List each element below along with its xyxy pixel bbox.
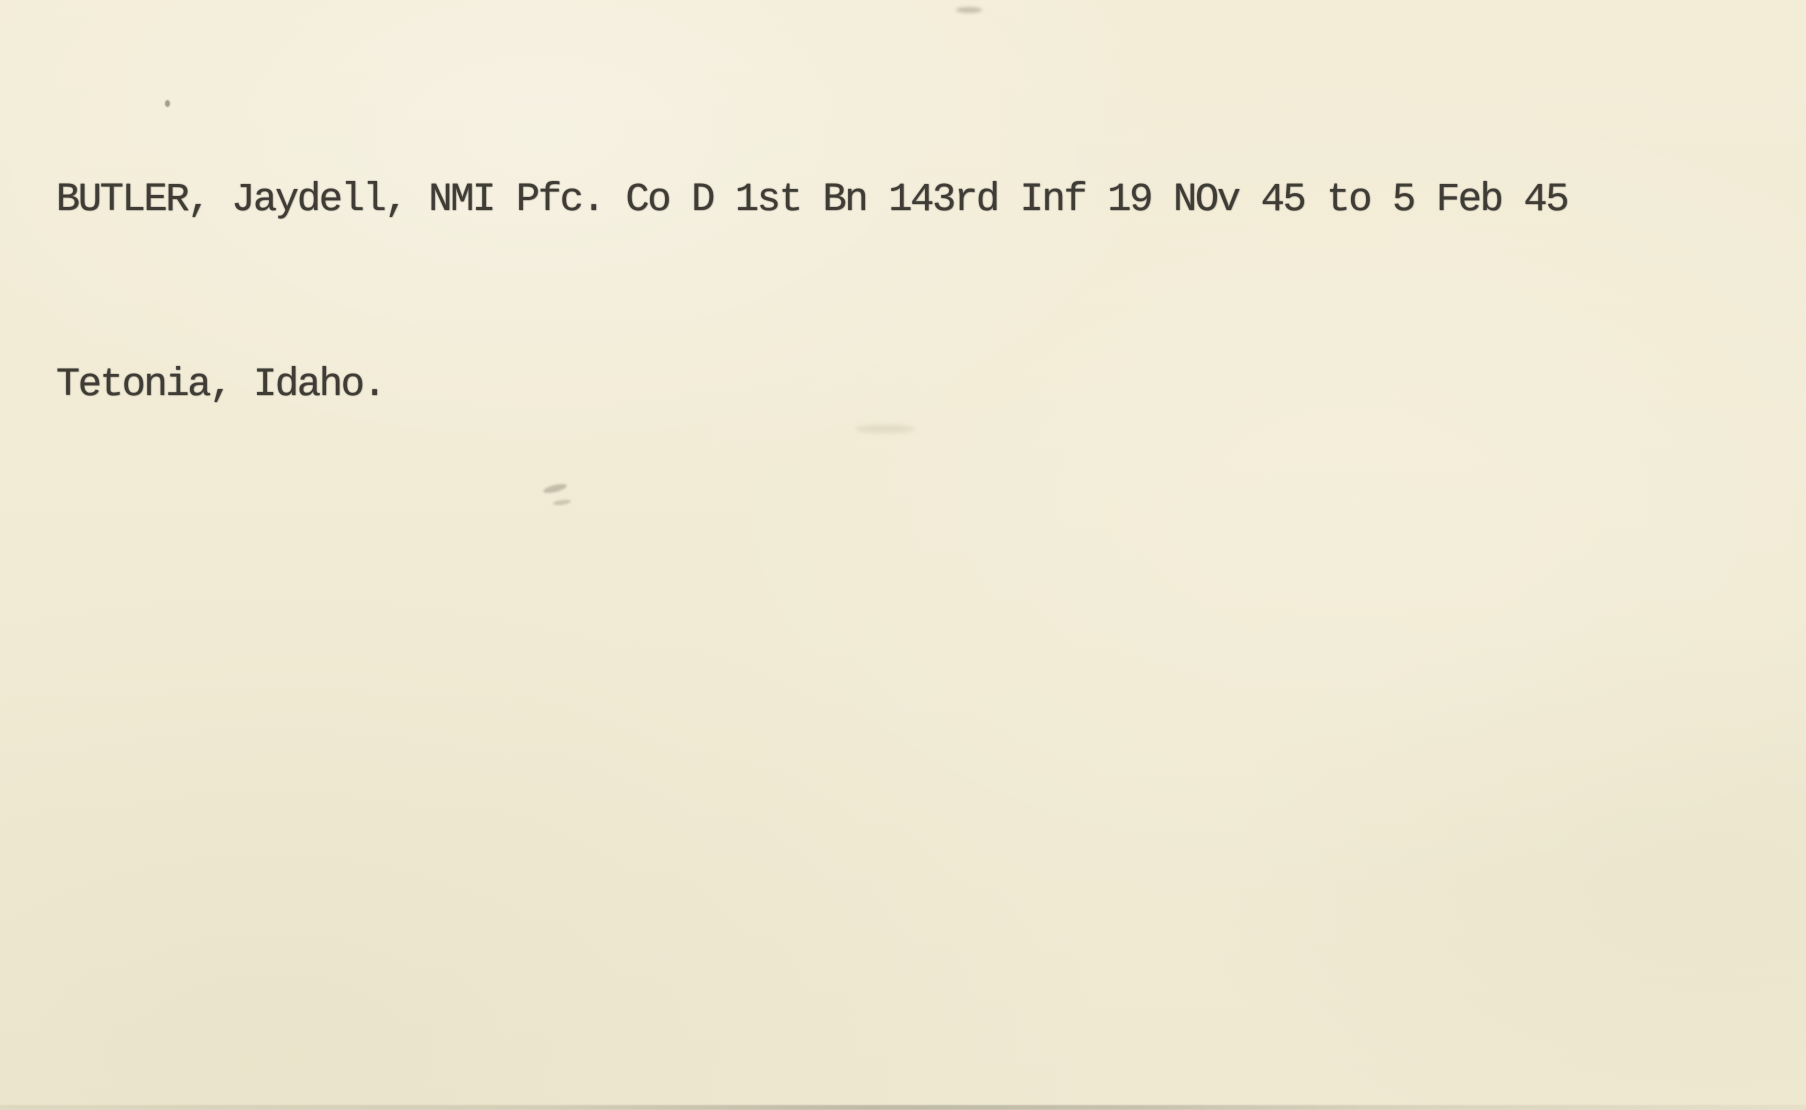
typewritten-line-2: Tetonia, Idaho. [56, 355, 1567, 417]
typewritten-line-1: BUTLER, Jaydell, NMI Pfc. Co D 1st Bn 14… [56, 170, 1567, 232]
scan-edge-shadow [0, 1105, 1806, 1110]
scanned-index-card: BUTLER, Jaydell, NMI Pfc. Co D 1st Bn 14… [0, 0, 1806, 1110]
scan-speck-top-edge [956, 7, 982, 13]
typewritten-text: BUTLER, Jaydell, NMI Pfc. Co D 1st Bn 14… [56, 47, 1567, 539]
